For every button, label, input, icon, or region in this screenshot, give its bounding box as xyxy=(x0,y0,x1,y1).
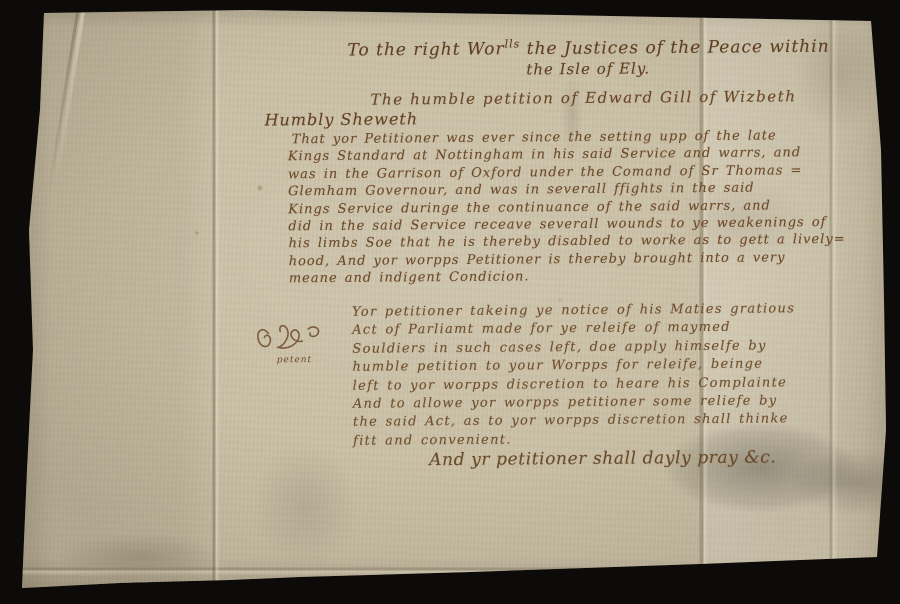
clerk-marginal-annotation: petent xyxy=(254,321,334,366)
closing-prayer-line: And yr petitioner shall dayly pray &c. xyxy=(429,447,776,470)
clerk-annotation-label: petent xyxy=(254,355,334,366)
petition-address-line1: To the right Worlls the Justices of the … xyxy=(336,35,841,61)
petition-title: The humble petition of Edward Gill of Wi… xyxy=(370,87,800,108)
body1-line: meane and indigent Condicion. xyxy=(289,266,846,288)
manuscript-photograph: To the right Worlls the Justices of the … xyxy=(0,0,900,604)
petition-paper-sheet: To the right Worlls the Justices of the … xyxy=(0,0,900,604)
handwriting-layer: To the right Worlls the Justices of the … xyxy=(0,0,900,604)
clerk-flourish-mark xyxy=(254,321,326,360)
address-line1-post: the Justices of the Peace within xyxy=(520,37,829,59)
address-line1-superscript: lls xyxy=(505,37,521,50)
address-line1-pre: To the right Wor xyxy=(347,39,504,60)
petition-body-paragraph-1: That yor Petitioner was ever since the s… xyxy=(288,127,846,288)
salutation: Humbly Sheweth xyxy=(264,109,418,129)
petition-body-paragraph-2: Yor petitioner takeing ye notice of his … xyxy=(352,300,796,451)
petition-address-line2: the Isle of Ely. xyxy=(448,59,728,79)
body2-line: the said Act, as to yor worpps discretio… xyxy=(353,411,796,433)
